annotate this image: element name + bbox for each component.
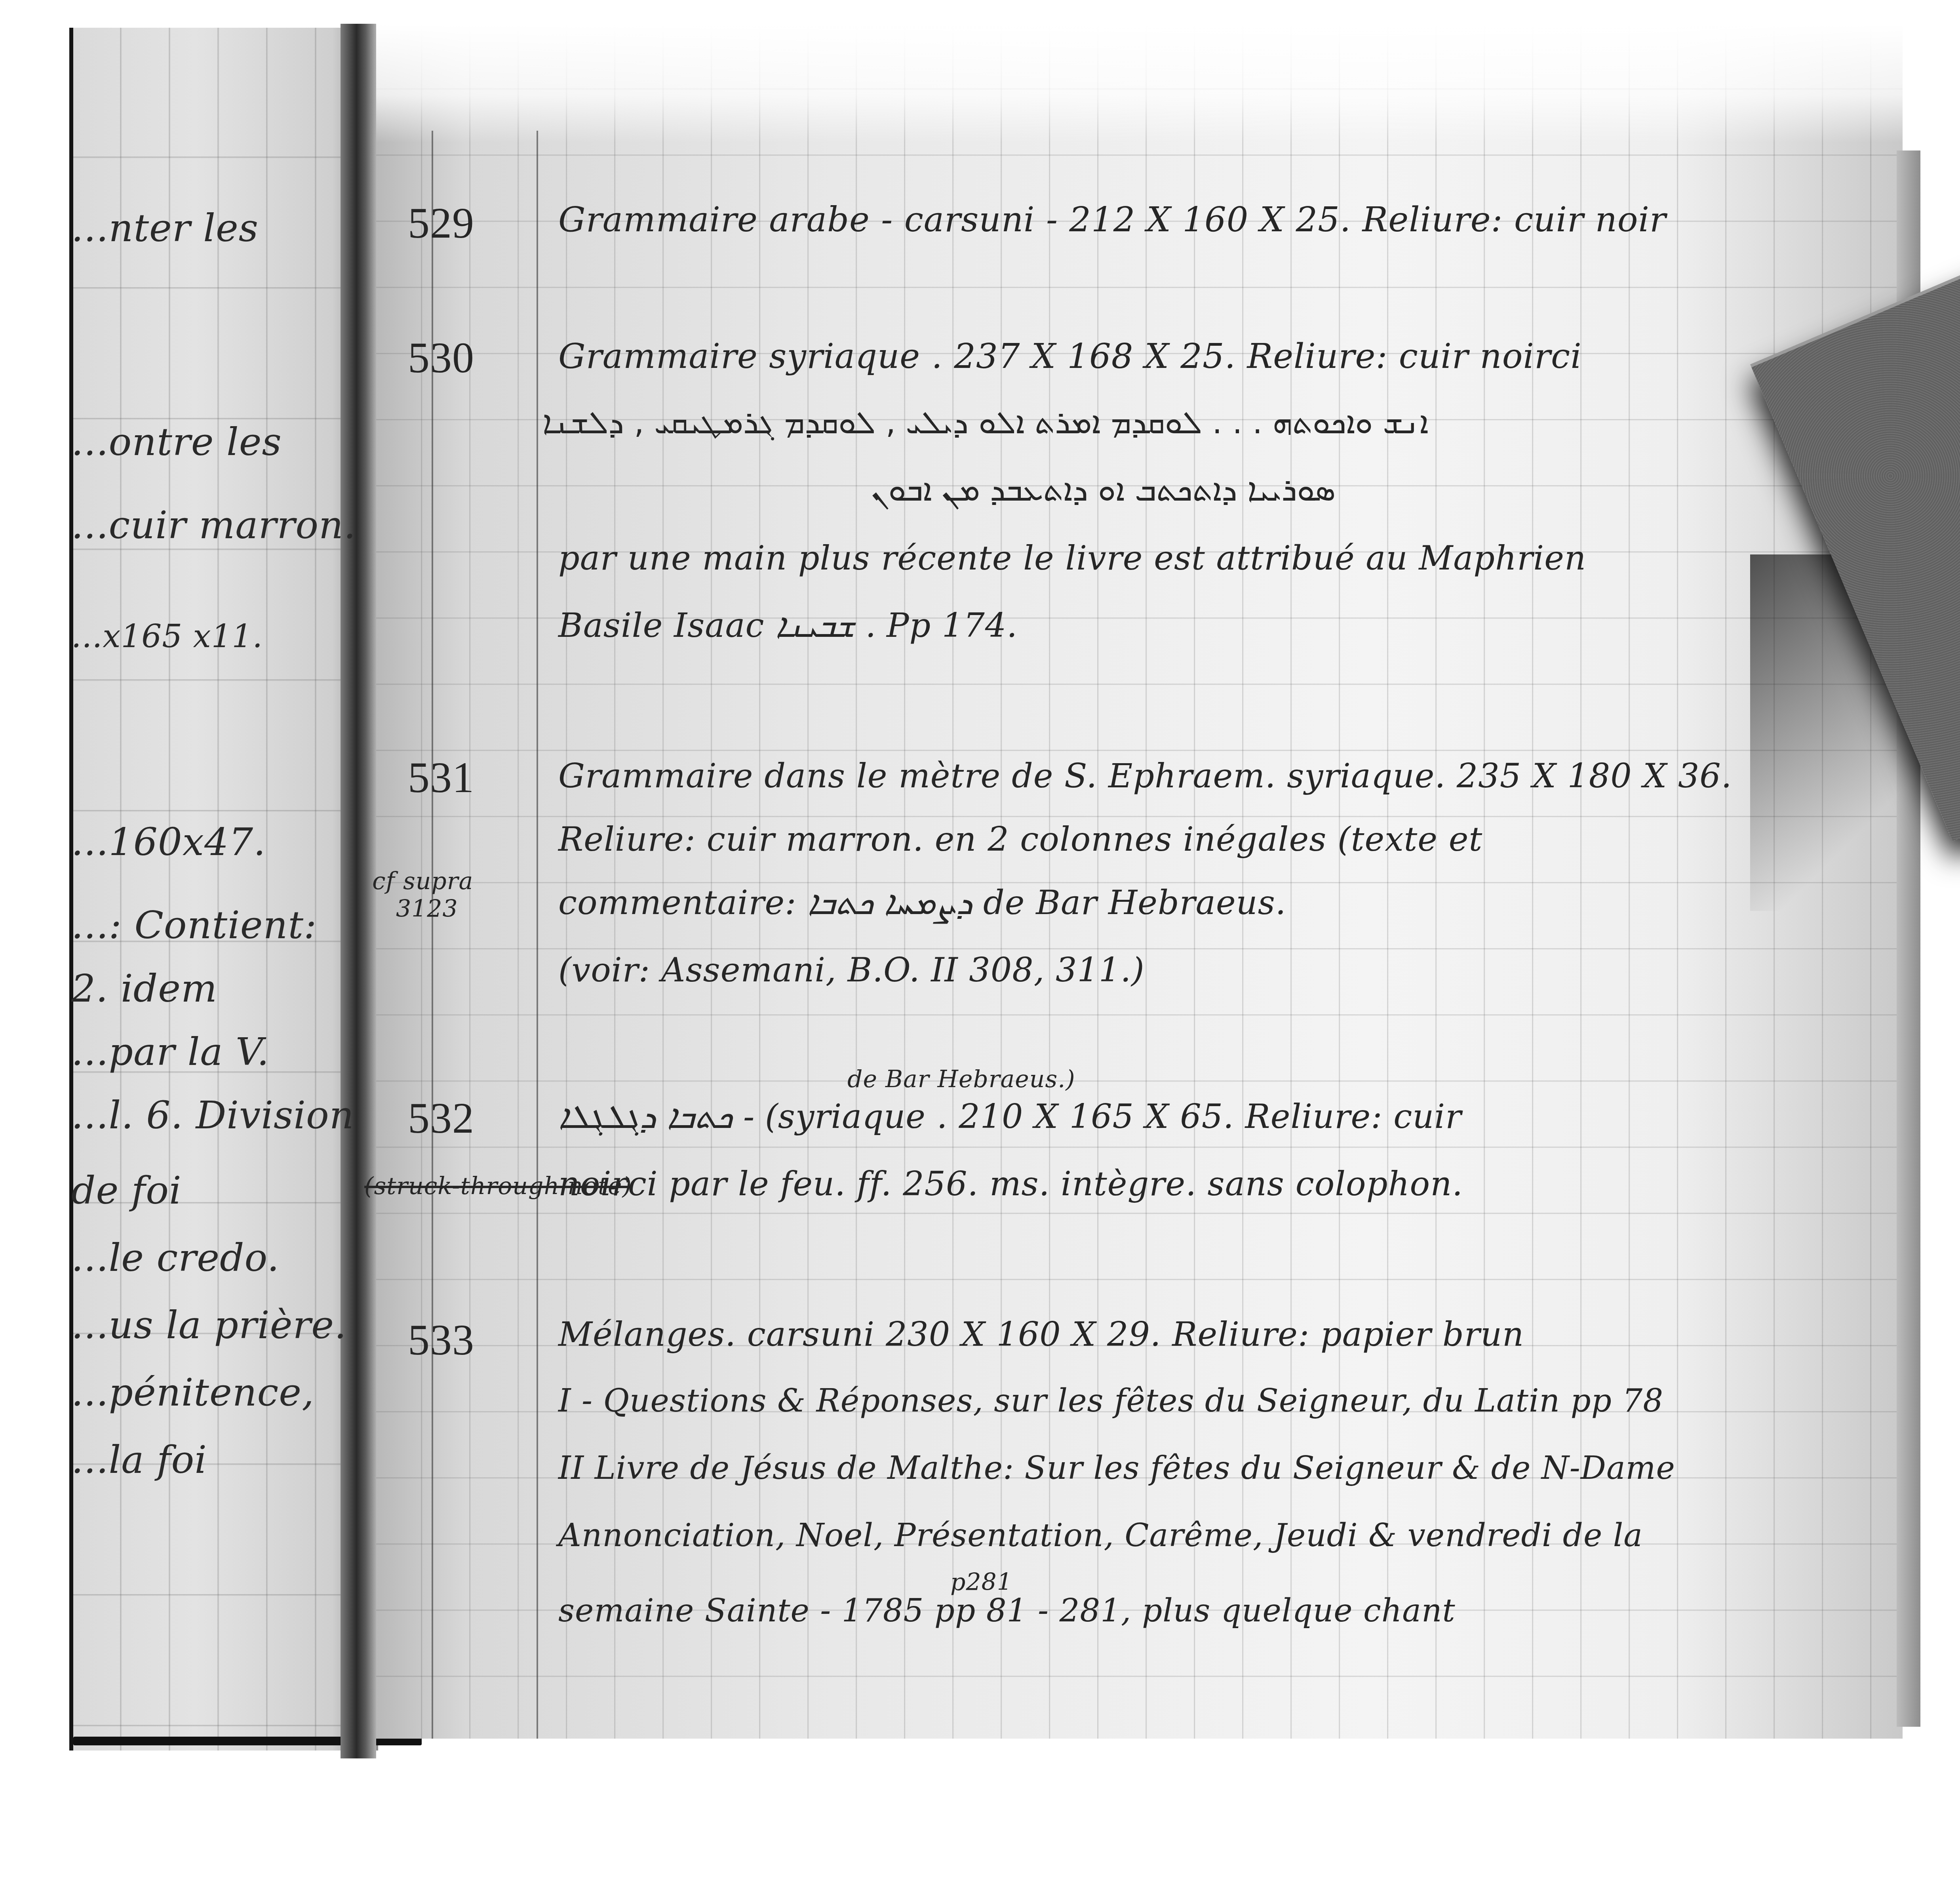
- entry-line: Grammaire syriaque . 237 X 168 X 25. Rel…: [558, 337, 1582, 376]
- margin-note: cf supra: [372, 867, 473, 895]
- left-fragment: ...nter les: [71, 206, 259, 250]
- margin-note: 3123: [396, 895, 458, 923]
- entry-line: Grammaire dans le mètre de S. Ephraem. s…: [558, 756, 1732, 795]
- entry-number: 533: [408, 1315, 474, 1365]
- entry-number: 531: [408, 752, 474, 803]
- margin-rule: [537, 131, 538, 1739]
- left-fragment: ...la foi: [71, 1438, 207, 1482]
- entry-line: Annonciation, Noel, Présentation, Carême…: [558, 1517, 1643, 1554]
- entry-line: par une main plus récente le livre est a…: [558, 539, 1586, 577]
- left-fragment: 2. idem: [71, 966, 217, 1011]
- left-fragment: ...l. 6. Division: [71, 1093, 354, 1137]
- page-top-highlight: [374, 24, 1903, 143]
- entry-line: Grammaire arabe - carsuni - 212 X 160 X …: [558, 200, 1666, 240]
- entry-number: 532: [408, 1093, 474, 1143]
- entry-line: I - Questions & Réponses, sur les fêtes …: [558, 1382, 1663, 1419]
- entry-line: Basile Isaac ܫܒܝܢܐ . Pp 174.: [558, 606, 1018, 645]
- entry-number: 530: [408, 333, 474, 383]
- entry-line: commentaire: ܕܨܡܚܐ ܟܬܒܐ de Bar Hebraeus.: [558, 883, 1286, 922]
- syriac-line: ܐܢܫ ܘܐܟܘܬܗ . . . ܠܘܩܕܡ ܐܡܪܬ ܐܠܘ ܕܝܠܝ , ܠ…: [542, 404, 1429, 441]
- syriac-line: ܣܘܪܝܝܐ ܕܐܬܟܬܒ ܐܘ ܕܐܬܥܒܕ ܡܢ ܐܒܘܢ: [871, 471, 1336, 509]
- entry-line: (voir: Assemani, B.O. II 308, 311.): [558, 950, 1145, 989]
- entry-line: II Livre de Jésus de Malthe: Sur les fêt…: [558, 1450, 1675, 1486]
- left-fragment: ...ontre les: [71, 420, 282, 464]
- left-fragment: ...cuir marron.: [71, 503, 356, 547]
- entry-line: Mélanges. carsuni 230 X 160 X 29. Reliur…: [558, 1315, 1524, 1354]
- photograph: ...nter les ...ontre les ...cuir marron.…: [0, 0, 1960, 1901]
- entry-line: semaine Sainte - 1785 pp 81 - 281, plus …: [558, 1592, 1456, 1629]
- entry-line: Reliure: cuir marron. en 2 colonnes inég…: [558, 820, 1482, 859]
- book-gutter: [341, 24, 376, 1758]
- left-fragment: ...par la V.: [71, 1030, 269, 1074]
- left-fragment: ...160x47.: [71, 820, 266, 864]
- left-fragment: ...us la prière.: [71, 1303, 347, 1347]
- entry-number: 529: [408, 198, 474, 248]
- left-fragment: ...le credo.: [71, 1236, 280, 1280]
- left-page: [69, 28, 378, 1751]
- entry-line: ܟܬܒܐ ܕܓܠܓܠܐ - (syriaque . 210 X 165 X 65…: [558, 1097, 1461, 1136]
- left-fragment: de foi: [71, 1168, 182, 1213]
- interlinear-note: de Bar Hebraeus.): [847, 1065, 1075, 1093]
- left-fragment: ...: Contient:: [71, 903, 317, 947]
- left-fragment: ...x165 x11.: [71, 618, 263, 655]
- left-fragment: ...pénitence,: [71, 1370, 314, 1415]
- entry-line: noirci par le feu. ff. 256. ms. intègre.…: [558, 1164, 1463, 1203]
